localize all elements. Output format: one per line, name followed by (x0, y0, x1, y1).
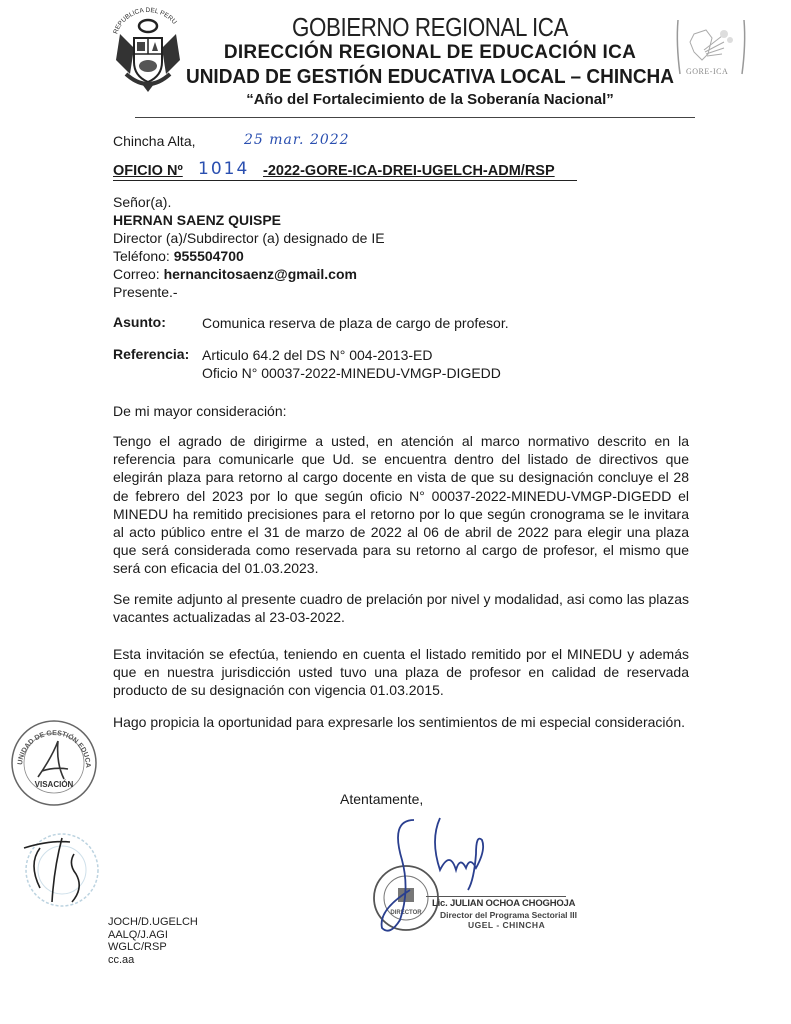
email-value: hernancitosaenz@gmail.com (164, 266, 357, 282)
asunto-label: Asunto: (113, 314, 166, 330)
header-year-motto: “Año del Fortalecimiento de la Soberanía… (190, 91, 670, 108)
phone-label: Teléfono: (113, 248, 174, 264)
oficio-prefix: OFICIO Nº (113, 163, 183, 179)
greeting: De mi mayor consideración: (113, 402, 287, 420)
phone-value: 955504700 (174, 248, 244, 264)
referencia-list: Articulo 64.2 del DS N° 004-2013-ED Ofic… (202, 346, 501, 382)
oficio-number-handwritten: 1014 (198, 159, 249, 179)
referencia-label: Referencia: (113, 346, 189, 362)
referencia-item: Articulo 64.2 del DS N° 004-2013-ED (202, 346, 501, 364)
signatory-name: Lic. JULIAN OCHOA CHOGHOJA (432, 898, 575, 909)
addressee-salutation: Señor(a). (113, 193, 385, 211)
visacion-stamp-icon: UNIDAD DE GESTIÓN EDUCATIVA LOCAL CHINCH… (8, 717, 100, 809)
oficio-code: -2022-GORE-ICA-DREI-UGELCH-ADM/RSP (263, 163, 555, 179)
asunto-value: Comunica reserva de plaza de cargo de pr… (202, 314, 509, 332)
header-divider (135, 117, 695, 118)
reference-initials: JOCH/D.UGELCH AALQ/J.AGI WGLC/RSP cc.aa (108, 916, 198, 966)
body-paragraph: Esta invitación se efectúa, teniendo en … (113, 645, 689, 700)
handwritten-date: 25 mar. 2022 (244, 132, 350, 148)
initials-line: AALQ/J.AGI (108, 929, 198, 942)
addressee-name: HERNAN SAENZ QUISPE (113, 211, 385, 229)
addressee-email-row: Correo: hernancitosaenz@gmail.com (113, 265, 385, 283)
addressee-block: Señor(a). HERNAN SAENZ QUISPE Director (… (113, 193, 385, 301)
addressee-phone-row: Teléfono: 955504700 (113, 247, 385, 265)
svg-text:DIRECTOR: DIRECTOR (390, 910, 422, 916)
header-direccion: DIRECCIÓN REGIONAL DE EDUCACIÓN ICA (190, 42, 670, 64)
email-label: Correo: (113, 266, 164, 282)
header-ugel: UNIDAD DE GESTIÓN EDUCATIVA LOCAL – CHIN… (183, 66, 677, 89)
header-title: GOBIERNO REGIONAL ICA (232, 12, 628, 43)
closing: Atentamente, (340, 790, 423, 808)
referencia-item: Oficio N° 00037-2022-MINEDU-VMGP-DIGEDD (202, 364, 501, 382)
body-paragraph: Hago propicia la oportunidad para expres… (113, 713, 689, 731)
body-paragraph: Tengo el agrado de dirigirme a usted, en… (113, 432, 689, 578)
letter-place: Chincha Alta, (113, 132, 196, 150)
signature-line (426, 896, 566, 897)
addressee-presente: Presente.- (113, 283, 385, 301)
initial-signature-icon (10, 818, 102, 918)
signatory-office: UGEL - CHINCHA (468, 920, 545, 930)
gore-ica-label: GORE-ICA (686, 67, 728, 76)
initials-line: cc.aa (108, 954, 198, 967)
initials-line: JOCH/D.UGELCH (108, 916, 198, 929)
oficio-underline (113, 180, 577, 181)
initials-line: WGLC/RSP (108, 941, 198, 954)
svg-text:VISACIÓN: VISACIÓN (35, 780, 74, 789)
body-paragraph: Se remite adjunto al presente cuadro de … (113, 590, 689, 626)
coat-of-arms-icon: REPUBLICA DEL PERU (108, 4, 188, 96)
addressee-position: Director (a)/Subdirector (a) designado d… (113, 229, 385, 247)
signatory-title: Director del Programa Sectorial III (440, 910, 577, 920)
